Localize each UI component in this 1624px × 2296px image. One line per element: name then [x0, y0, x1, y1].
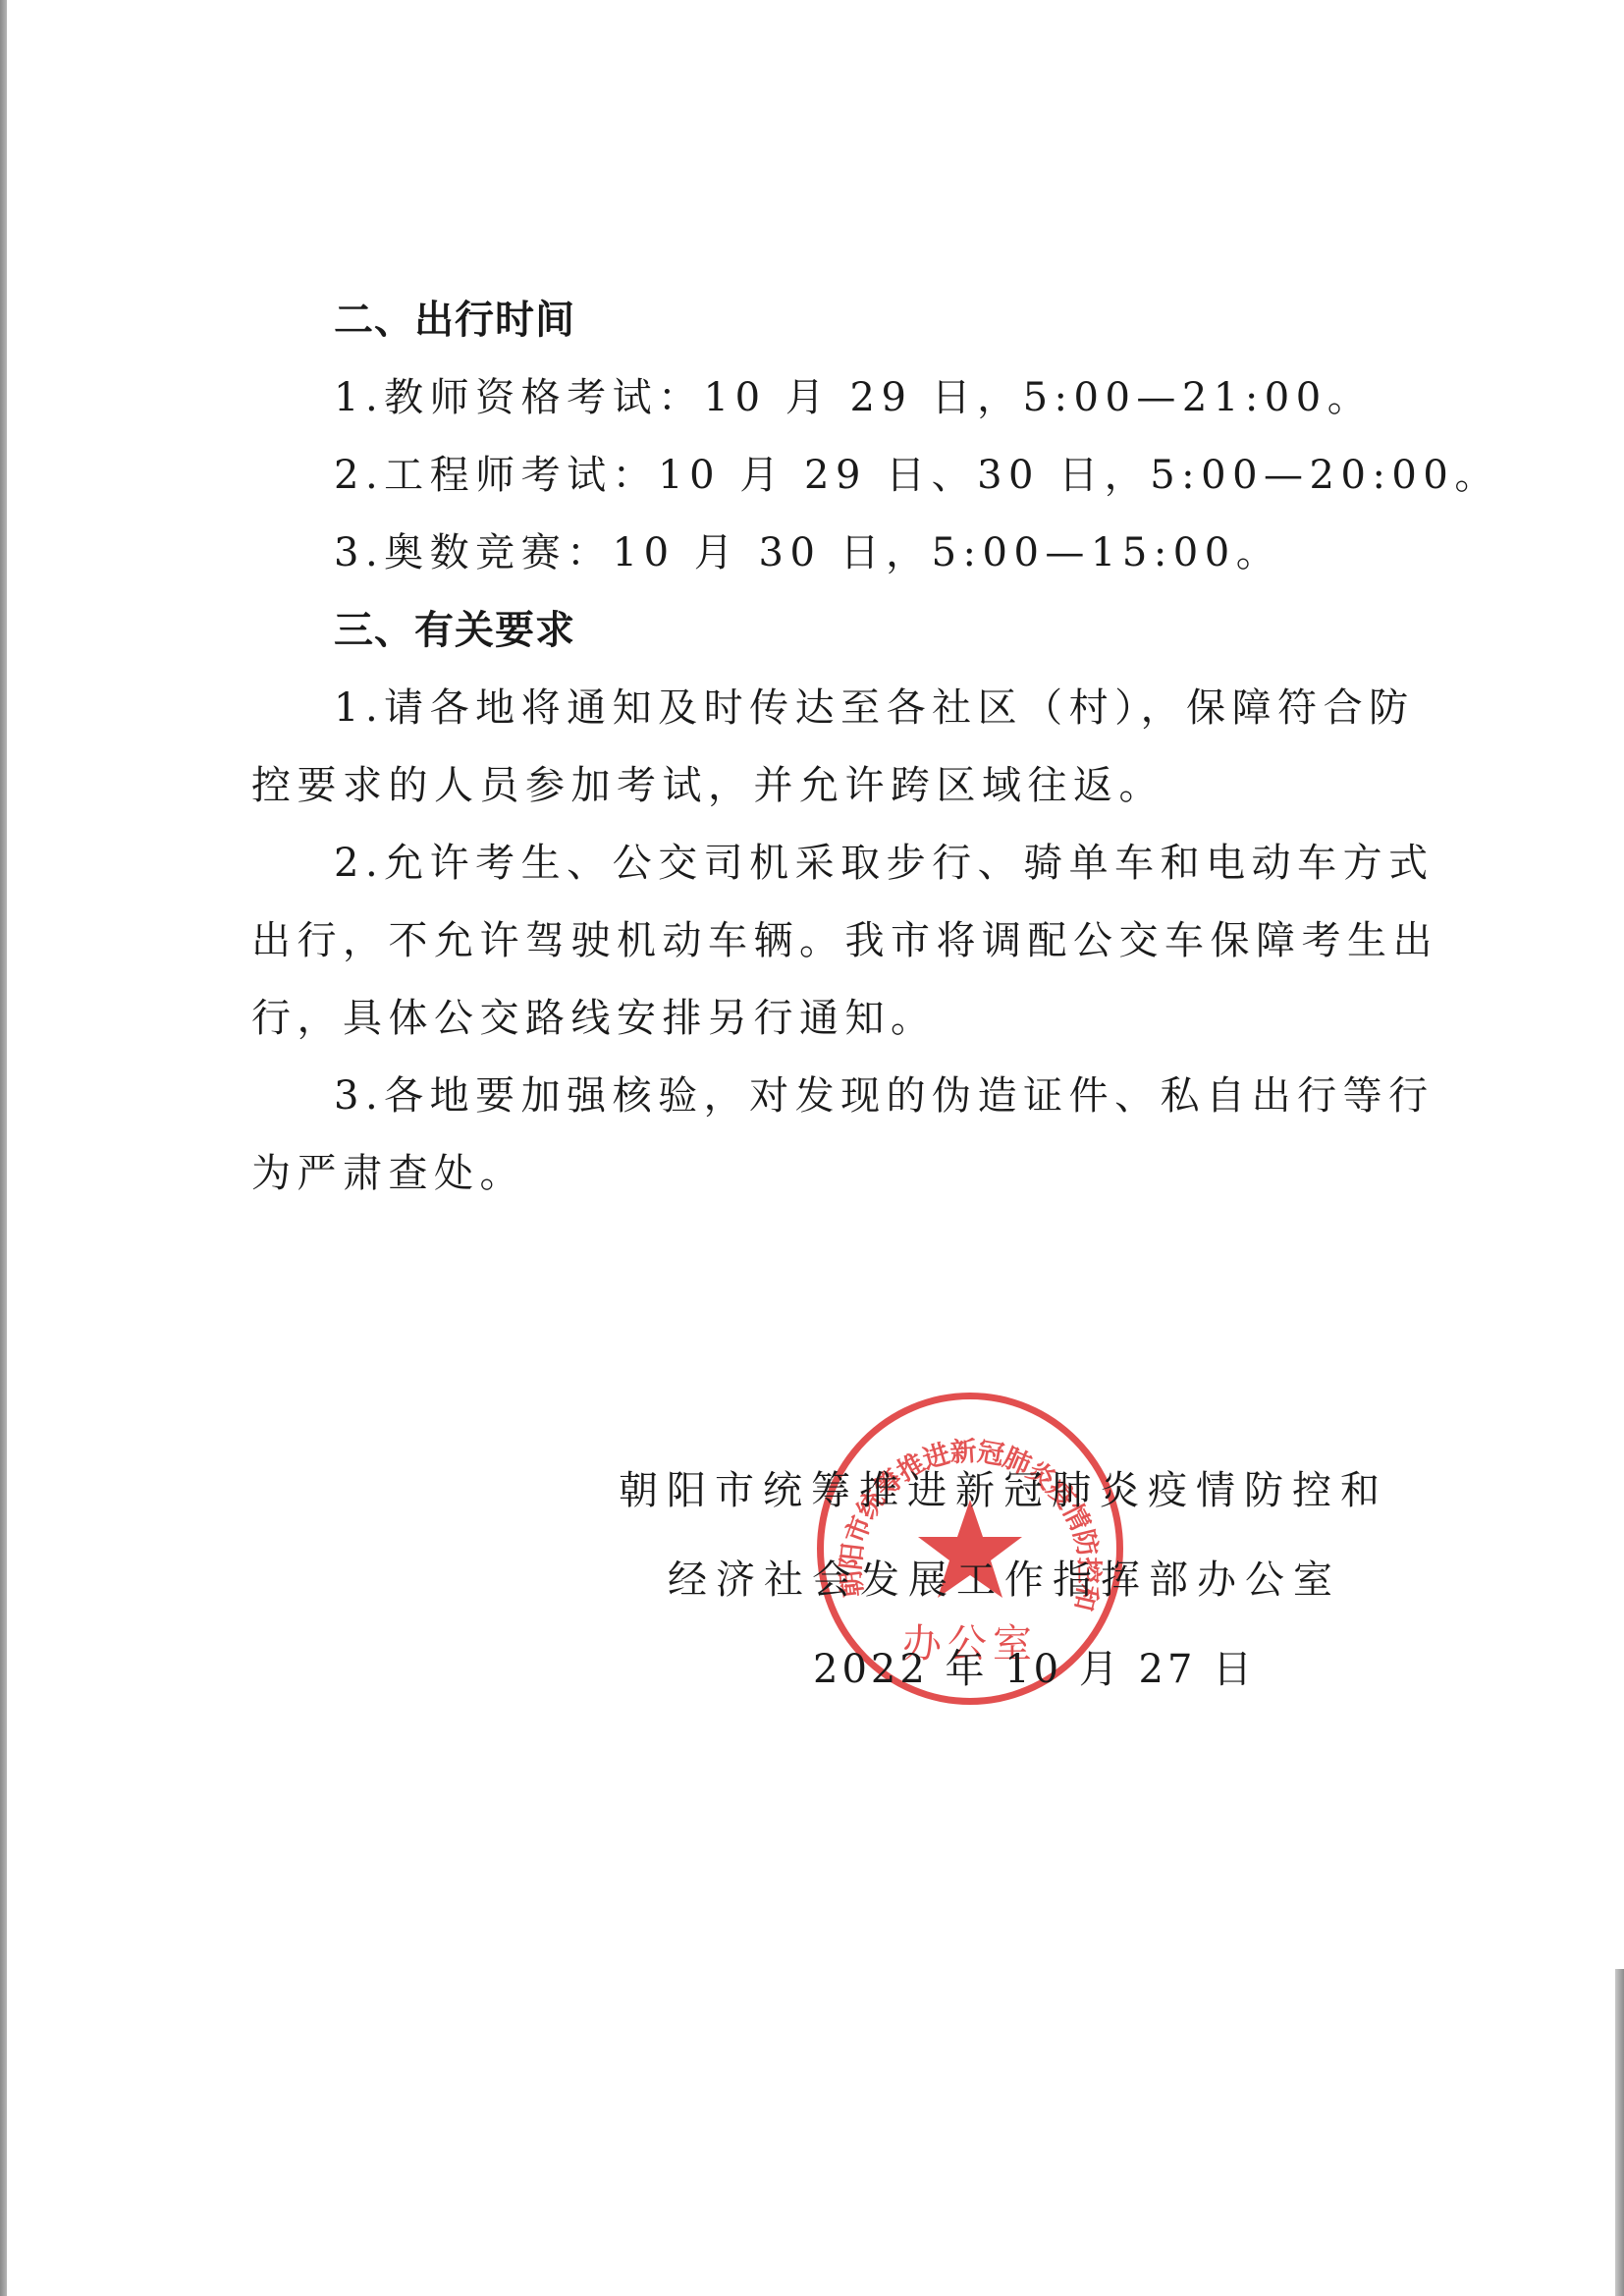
requirement-3-line-2: 为严肃查处。: [251, 1144, 525, 1203]
signature-issuer-line-2: 经济社会发展工作指挥部办公室: [668, 1551, 1296, 1610]
section-heading-requirements: 三、有关要求: [334, 601, 575, 660]
requirement-2-line-2: 出行，不允许驾驶机动车辆。我市将调配公交车保障考生出: [251, 911, 1438, 970]
requirement-2-line-3: 行，具体公交路线安排另行通知。: [251, 989, 937, 1048]
scan-edge-left: [0, 0, 7, 2296]
section-heading-travel-time: 二、出行时间: [334, 291, 575, 350]
requirement-3-line-1: 3.各地要加强核验，对发现的伪造证件、私自出行等行: [334, 1066, 1435, 1125]
signature-date: 2022 年 10 月 27 日: [813, 1640, 1206, 1699]
requirement-1-line-2: 控要求的人员参加考试，并允许跨区域往返。: [251, 756, 1164, 815]
travel-time-item-teacher-exam: 1.教师资格考试：10 月 29 日，5:00—21:00。: [334, 368, 1373, 427]
requirement-1-line-1: 1.请各地将通知及时传达至各社区（村），保障符合防: [334, 679, 1415, 738]
signature-issuer-line-1: 朝阳市统筹推进新冠肺炎疫情防控和: [619, 1461, 1326, 1520]
travel-time-item-olympiad: 3.奥数竞赛：10 月 30 日，5:00—15:00。: [334, 523, 1281, 582]
scan-edge-right: [1615, 1969, 1624, 2296]
requirement-2-line-1: 2.允许考生、公交司机采取步行、骑单车和电动车方式: [334, 834, 1435, 893]
travel-time-item-engineer-exam: 2.工程师考试：10 月 29 日、30 日，5:00—20:00。: [334, 446, 1500, 505]
